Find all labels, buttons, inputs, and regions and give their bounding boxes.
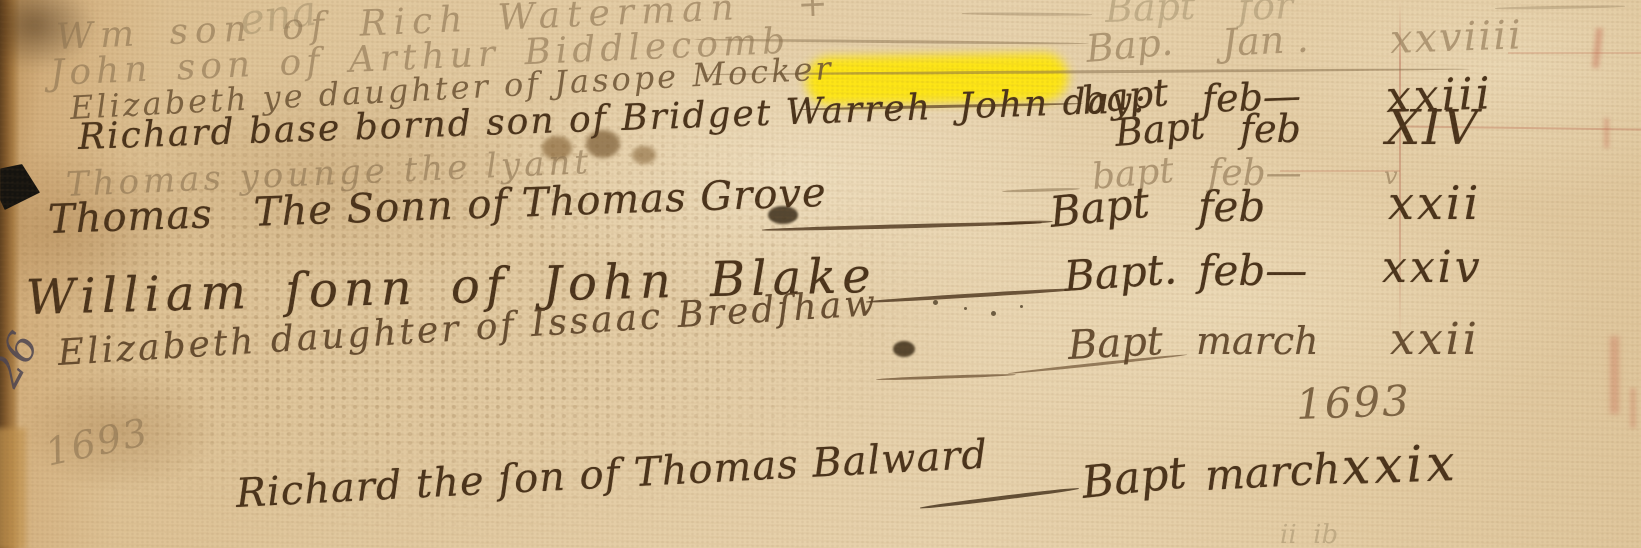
red-smudge	[1630, 388, 1636, 428]
entry-day-numeral: XIV	[1386, 104, 1480, 152]
entry-day-numeral: xxviiii	[1389, 15, 1523, 60]
entry-month: feb	[1198, 186, 1265, 228]
ghost-fragment-bottom: ii ib	[1280, 522, 1338, 548]
ink-speckles	[933, 300, 938, 305]
red-smudge	[1592, 28, 1603, 69]
red-rule-horizontal-top	[1508, 52, 1641, 54]
red-smudge	[1604, 118, 1609, 148]
ink-dash-line	[962, 12, 1092, 16]
ink-dash-line	[876, 373, 1016, 381]
year-label: 1693	[42, 413, 152, 472]
entry-name: Richard the ſon of Thomas Balward	[235, 435, 989, 514]
ink-dash-line	[920, 487, 1079, 510]
year-label: 1693	[1295, 380, 1411, 426]
entry-bapt-label: Bapt	[1067, 321, 1164, 366]
ink-blot	[893, 341, 915, 357]
entry-bapt-label: Bapt	[1080, 451, 1188, 506]
manuscript-page: ena Bapt for ii ib Wm son of Rich Waterm…	[0, 0, 1641, 548]
entry-bapt-label: Bapt	[1048, 182, 1152, 234]
entry-bapt-label: Bapt.	[1063, 248, 1179, 298]
entry-day-numeral: xxix	[1341, 438, 1459, 492]
brown-stain	[632, 146, 656, 164]
black-wedge-mark	[0, 164, 40, 210]
entry-day-numeral: xxii	[1388, 180, 1481, 226]
entry-bapt-label: Bap.	[1084, 22, 1174, 67]
ink-dash-line	[1495, 5, 1625, 10]
entry-day-numeral: xxiv	[1382, 246, 1483, 290]
margin-number: 26	[0, 326, 46, 393]
entry-month: feb	[1240, 110, 1301, 148]
entry-day-numeral: xxii	[1390, 318, 1480, 362]
entry-month: Jan .	[1221, 19, 1309, 61]
red-smudge	[1610, 336, 1619, 414]
entry-month: march	[1196, 322, 1319, 360]
entry-month: feb—	[1198, 250, 1307, 292]
entry-bapt-label: Bapt	[1113, 106, 1206, 152]
binding-bottom-patch	[0, 428, 26, 548]
ink-dash-line	[866, 287, 1081, 304]
entry-month: march	[1204, 448, 1342, 497]
